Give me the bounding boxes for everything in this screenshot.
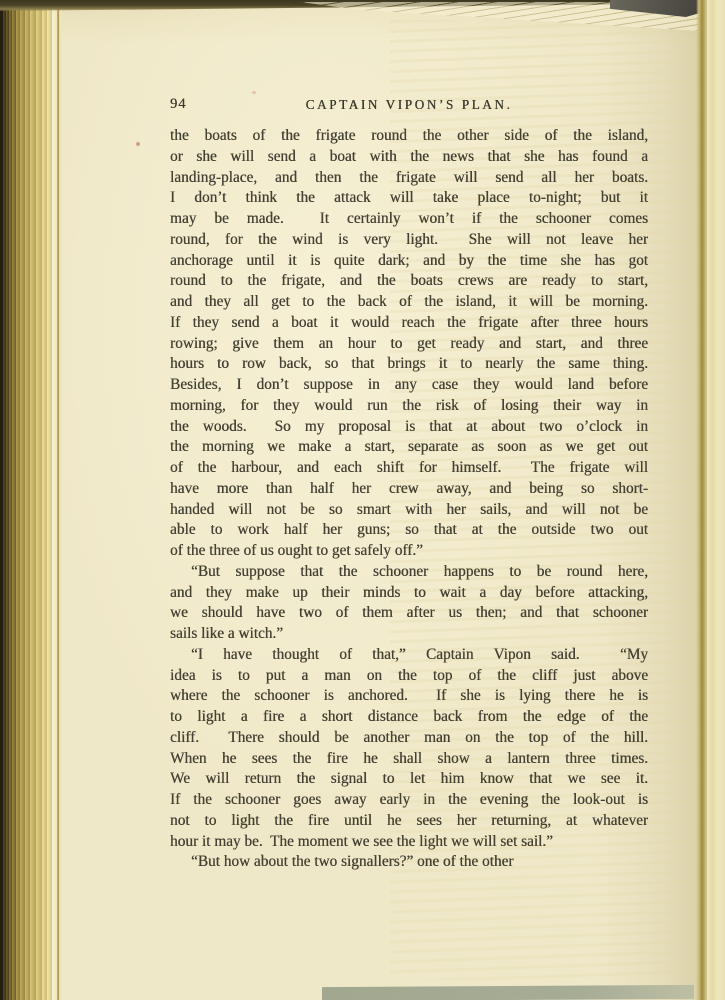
text-line: Besides, I don’t suppose in any case the… — [170, 375, 648, 396]
text-line: morning, for they would run the risk of … — [170, 396, 648, 417]
text-line: I don’t think the attack will take place… — [170, 188, 648, 209]
body-text: the boats of the frigate round the other… — [170, 126, 648, 873]
text-line: sails like a witch.” — [170, 624, 648, 645]
text-line: the woods. So my proposal is that at abo… — [170, 417, 648, 438]
left-page-edges — [0, 0, 62, 1000]
underlying-page-edge — [707, 0, 725, 1000]
text-line: “But suppose that the schooner happens t… — [170, 562, 648, 583]
text-line: If the schooner goes away early in the e… — [170, 790, 648, 811]
text-line: may be made. It certainly won’t if the s… — [170, 209, 648, 230]
text-line: anchorage until it is quite dark; and by… — [170, 251, 648, 272]
page-header: 94 CAPTAIN VIPON’S PLAN. — [170, 96, 648, 114]
text-line: hours to row back, so that brings it to … — [170, 354, 648, 375]
text-line: the boats of the frigate round the other… — [170, 126, 648, 147]
text-line: If they send a boat it would reach the f… — [170, 313, 648, 334]
text-line: of the harbour, and each shift for himse… — [170, 458, 648, 479]
text-line: round to the frigate, and the boats crew… — [170, 271, 648, 292]
text-line: We will return the signal to let him kno… — [170, 769, 648, 790]
text-line: “I have thought of that,” Captain Vipon … — [170, 645, 648, 666]
text-line: have more than half her crew away, and b… — [170, 479, 648, 500]
text-line: hour it may be. The moment we see the li… — [170, 832, 648, 853]
text-line: When he sees the fire he shall show a la… — [170, 749, 648, 770]
text-line: round, for the wind is very light. She w… — [170, 230, 648, 251]
scanner-strip — [322, 985, 694, 1000]
text-line: idea is to put a man on the top of the c… — [170, 666, 648, 687]
paper-speck — [252, 91, 256, 94]
text-line: the morning we make a start, separate as… — [170, 437, 648, 458]
text-line: “But how about the two signallers?” one … — [170, 852, 648, 873]
ink-speck — [136, 142, 140, 146]
text-line: rowing; give them an hour to get ready a… — [170, 334, 648, 355]
text-line: and they make up their minds to wait a d… — [170, 583, 648, 604]
right-page-edge — [696, 0, 707, 1000]
text-line: and they all get to the back of the isla… — [170, 292, 648, 313]
text-line: landing-place, and then the frigate will… — [170, 168, 648, 189]
running-header: CAPTAIN VIPON’S PLAN. — [170, 97, 648, 113]
book-scan: 94 CAPTAIN VIPON’S PLAN. the boats of th… — [0, 0, 725, 1000]
text-line: of the three of us ought to get safely o… — [170, 541, 648, 562]
text-line: handed will not be so smart with her sai… — [170, 500, 648, 521]
text-line: to light a fire a short distance back fr… — [170, 707, 648, 728]
text-line: we should have two of them after us then… — [170, 603, 648, 624]
text-line: or she will send a boat with the news th… — [170, 147, 648, 168]
text-line: cliff. There should be another man on th… — [170, 728, 648, 749]
text-line: where the schooner is anchored. If she i… — [170, 686, 648, 707]
text-line: able to work half her guns; so that at t… — [170, 520, 648, 541]
text-line: not to light the fire until he sees her … — [170, 811, 648, 832]
